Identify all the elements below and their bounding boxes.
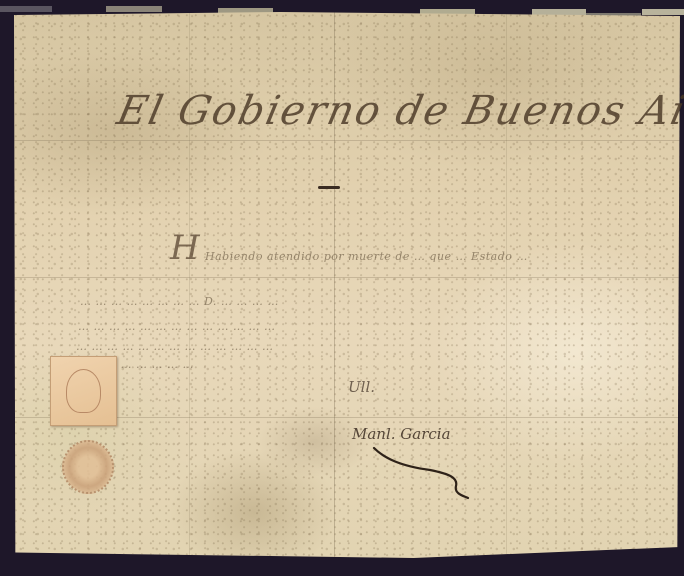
wax-seal	[62, 440, 114, 494]
scanned-document-image: El Gobierno de Buenos Aires H Habiendo a…	[0, 0, 684, 576]
body-text-line: … … … … … … … … D. … … … …	[80, 295, 625, 307]
title-underline-mark	[318, 186, 340, 189]
fold-crease-horizontal	[14, 140, 680, 141]
body-text-line: Habiendo atendido por muerte de … que … …	[205, 250, 625, 262]
calibration-segment	[106, 6, 162, 12]
signature-flourish	[360, 440, 470, 500]
body-text-line: … … … … … … … … … … … … …	[78, 320, 626, 332]
calibration-segment	[642, 9, 684, 15]
fold-crease-horizontal	[14, 277, 680, 278]
paper-seal	[50, 356, 117, 426]
signature-first: Ull.	[348, 378, 375, 396]
calibration-segment	[532, 9, 586, 15]
body-initial-capital: H	[170, 228, 200, 268]
document-title: El Gobierno de Buenos Aires	[113, 88, 593, 134]
seal-emblem-outline	[66, 369, 101, 413]
body-text-line: … … … … … … … … … … … … …	[76, 340, 626, 352]
calibration-segment	[0, 6, 52, 12]
body-text-line: … … … … … … … …	[74, 358, 404, 370]
